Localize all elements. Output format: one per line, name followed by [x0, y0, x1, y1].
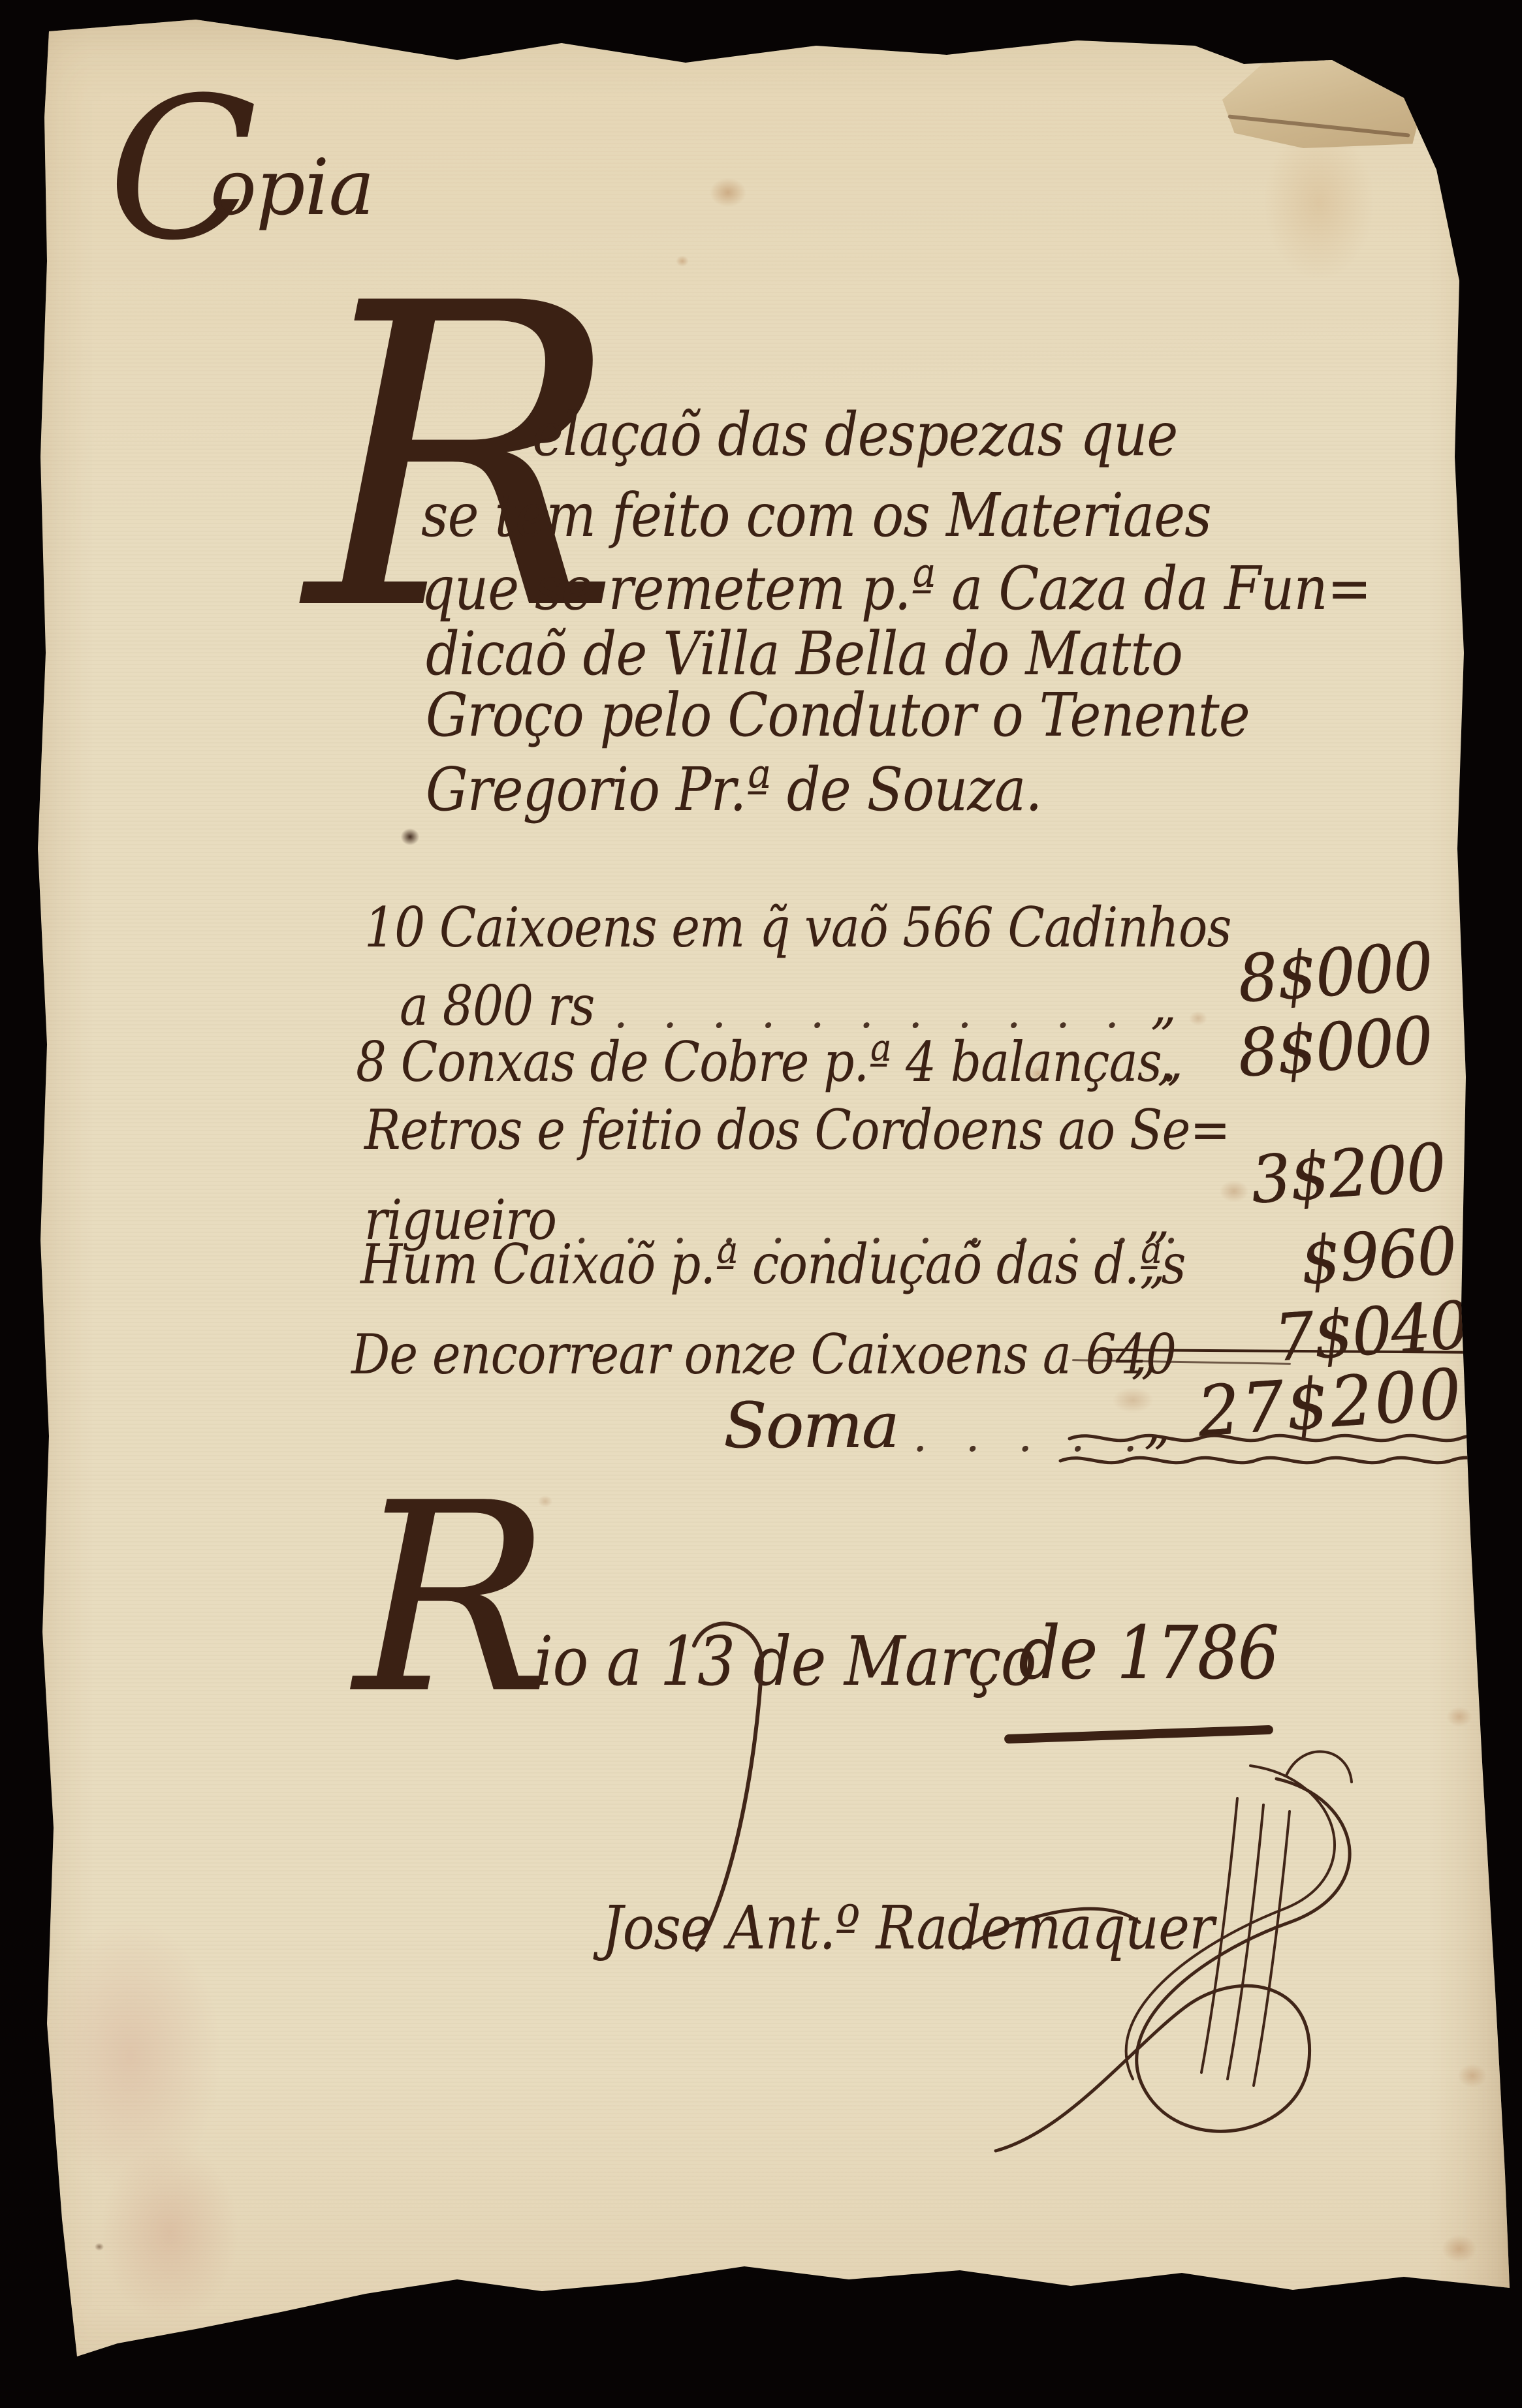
ditto-mark: „	[1131, 1326, 1156, 1385]
heading-line: que se remetem p.ª a Caza da Fun=	[421, 554, 1371, 623]
manuscript-page: C opia R elaçaõ das despezas que se tem …	[0, 0, 1522, 2408]
item-line-continuation: a 800 rs	[400, 974, 594, 1038]
item-line: 8 Conxas de Cobre p.ª 4 balanças.	[356, 1030, 1176, 1094]
item-line: 10 Caixoens em q̃ vaõ 566 Cadinhos	[364, 896, 1231, 960]
item-line: Hum Caixaõ p.ª conduçaõ das d.ªs	[360, 1232, 1186, 1296]
heading-line: Gregorio Pr.ª de Souza.	[426, 755, 1041, 824]
item-amount: 8$000	[1235, 1002, 1435, 1091]
ditto-mark: „	[1150, 977, 1176, 1035]
heading-line: elaçaõ das despezas que	[532, 399, 1177, 469]
total-label: Soma	[723, 1389, 898, 1462]
item-amount: $960	[1298, 1212, 1459, 1299]
item-amount: 3$200	[1248, 1129, 1448, 1218]
heading-line: Groço pelo Condutor o Tenente	[426, 680, 1250, 750]
dateline-initial: R	[354, 1448, 550, 1751]
item-line: De encorrear onze Caixoens a 640	[351, 1322, 1176, 1386]
signature-name: Jose Ant.º Rademaquer	[602, 1893, 1214, 1963]
ditto-mark: „	[1139, 1236, 1165, 1294]
total-double-underline	[1056, 1427, 1522, 1486]
heading-line: se tem feito com os Materiaes	[421, 480, 1211, 550]
ditto-mark: „	[1157, 1033, 1182, 1091]
heading-line: dicaõ de Villa Bella do Matto	[426, 619, 1182, 689]
item-line: Retros e feitio dos Cordoens ao Se=	[364, 1098, 1230, 1162]
signature-flourish	[610, 1583, 1433, 2197]
photo-background: C opia R elaçaõ das despezas que se tem …	[0, 0, 1522, 2408]
